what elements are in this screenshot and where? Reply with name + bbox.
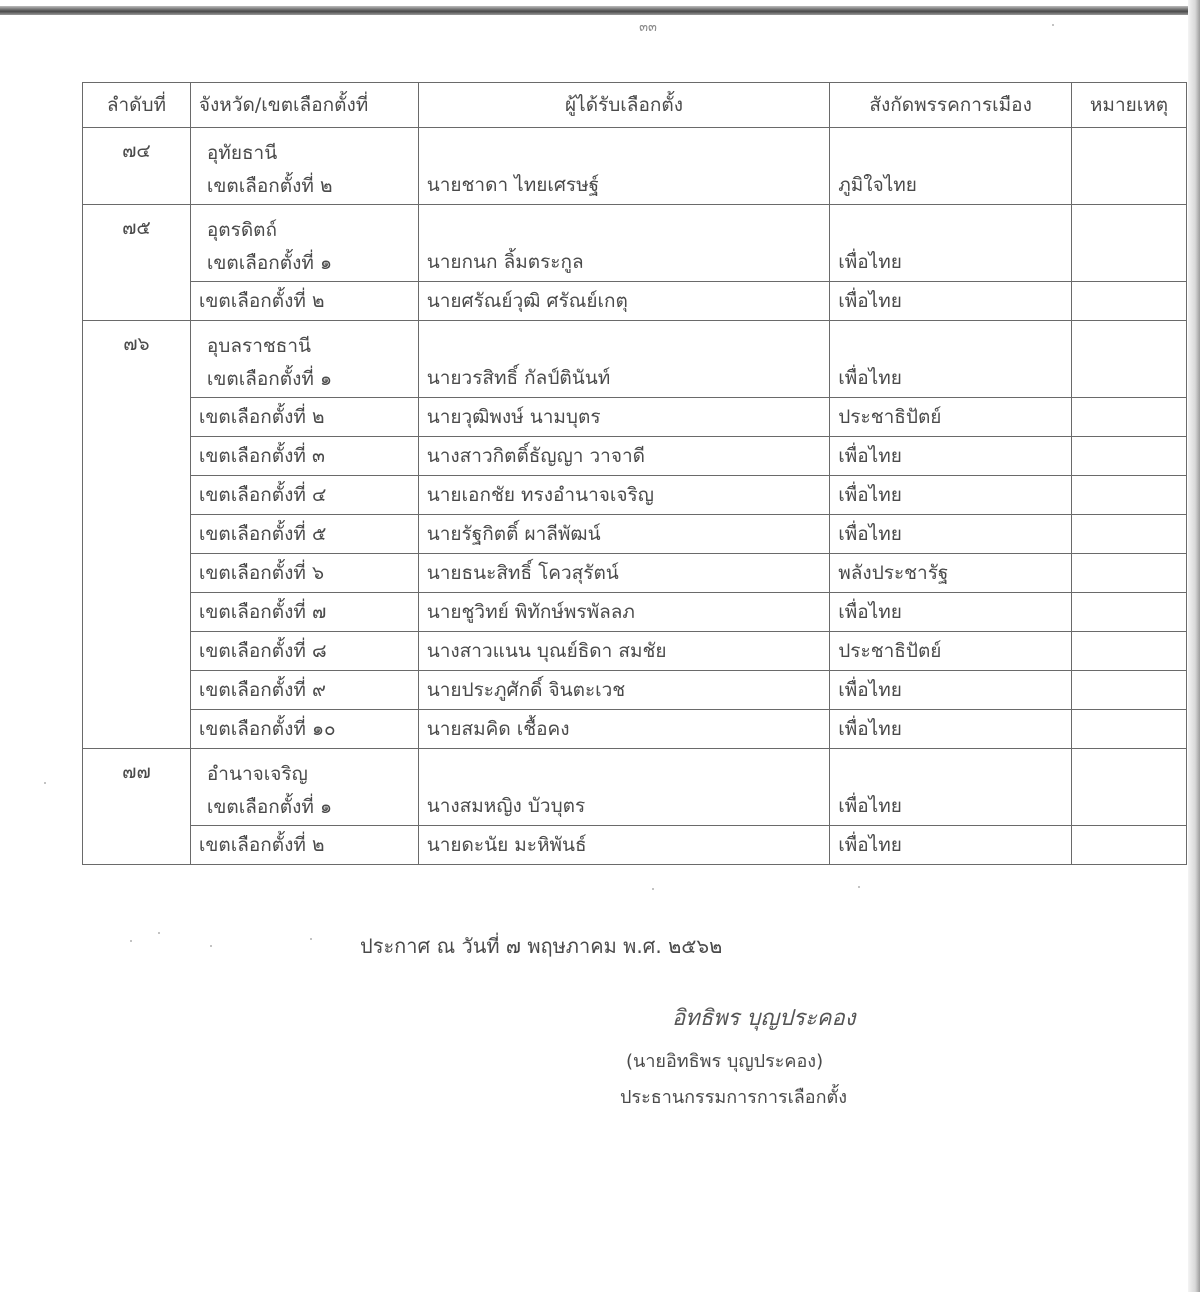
elected-name: นางสมหญิง บัวบุตร: [418, 749, 830, 826]
note-cell: [1072, 205, 1187, 282]
table-row: เขตเลือกตั้งที่ ๕นายรัฐกิตติ์ ผาลีพัฒน์เ…: [83, 515, 1187, 554]
party-name: เพื่อไทย: [830, 671, 1072, 710]
scan-speck: [1052, 24, 1054, 26]
note-cell: [1072, 749, 1187, 826]
header-note: หมายเหตุ: [1072, 83, 1187, 128]
table-row: ๗๕อุตรดิตถ์เขตเลือกตั้งที่ ๑นายกนก ลิ้มต…: [83, 205, 1187, 282]
order-number: ๗๖: [83, 321, 191, 749]
note-cell: [1072, 593, 1187, 632]
table-row: เขตเลือกตั้งที่ ๒นายดะนัย มะหิพันธ์เพื่อ…: [83, 826, 1187, 865]
elected-name: นายธนะสิทธิ์ โควสุรัตน์: [418, 554, 830, 593]
header-order: ลำดับที่: [83, 83, 191, 128]
district-name: เขตเลือกตั้งที่ ๔: [190, 476, 418, 515]
note-cell: [1072, 321, 1187, 398]
elected-name: นายรัฐกิตติ์ ผาลีพัฒน์: [418, 515, 830, 554]
header-elected: ผู้ได้รับเลือกตั้ง: [418, 83, 830, 128]
party-name: ประชาธิปัตย์: [830, 398, 1072, 437]
table-row: เขตเลือกตั้งที่ ๙นายประภูศักดิ์ จินตะเวช…: [83, 671, 1187, 710]
table-row: ๗๗อำนาจเจริญเขตเลือกตั้งที่ ๑นางสมหญิง บ…: [83, 749, 1187, 826]
table-row: เขตเลือกตั้งที่ ๘นางสาวแนน บุณย์ธิดา สมช…: [83, 632, 1187, 671]
party-name: เพื่อไทย: [830, 749, 1072, 826]
note-cell: [1072, 128, 1187, 205]
province-name: อำนาจเจริญ: [199, 753, 410, 789]
district-name: เขตเลือกตั้งที่ ๓: [190, 437, 418, 476]
signature: อิทธิพร บุญประคอง: [672, 1000, 855, 1035]
page-number: ๓๓: [0, 16, 1200, 37]
district-name: เขตเลือกตั้งที่ ๑: [199, 789, 410, 825]
note-cell: [1072, 398, 1187, 437]
table-row: เขตเลือกตั้งที่ ๑๐นายสมคิด เชื้อคงเพื่อไ…: [83, 710, 1187, 749]
party-name: พลังประชารัฐ: [830, 554, 1072, 593]
district-name: เขตเลือกตั้งที่ ๑๐: [190, 710, 418, 749]
elected-name: นายดะนัย มะหิพันธ์: [418, 826, 830, 865]
district-name: เขตเลือกตั้งที่ ๒: [190, 398, 418, 437]
order-number: ๗๕: [83, 205, 191, 321]
party-name: ประชาธิปัตย์: [830, 632, 1072, 671]
scan-speck: [858, 886, 860, 888]
party-name: ภูมิใจไทย: [830, 128, 1072, 205]
district-name: เขตเลือกตั้งที่ ๒: [190, 826, 418, 865]
table-row: เขตเลือกตั้งที่ ๓นางสาวกิตติ์ธัญญา วาจาด…: [83, 437, 1187, 476]
scan-speck: [210, 945, 212, 947]
province-district-cell: อำนาจเจริญเขตเลือกตั้งที่ ๑: [190, 749, 418, 826]
scan-speck: [652, 888, 654, 890]
elected-name: นายศรัณย์วุฒิ ศรัณย์เกตุ: [418, 282, 830, 321]
scan-speck: [44, 782, 46, 784]
scan-speck: [310, 938, 312, 940]
note-cell: [1072, 282, 1187, 321]
district-name: เขตเลือกตั้งที่ ๑: [199, 361, 410, 397]
province-district-cell: อุบลราชธานีเขตเลือกตั้งที่ ๑: [190, 321, 418, 398]
elected-name: นายวรสิทธิ์ กัลป์ตินันท์: [418, 321, 830, 398]
order-number: ๗๗: [83, 749, 191, 865]
announcement-date: ประกาศ ณ วันที่ ๗ พฤษภาคม พ.ศ. ๒๕๖๒: [360, 930, 722, 962]
district-name: เขตเลือกตั้งที่ ๗: [190, 593, 418, 632]
table-body: ๗๔อุทัยธานีเขตเลือกตั้งที่ ๒นายชาดา ไทยเ…: [83, 128, 1187, 865]
scan-top-edge: [0, 6, 1190, 15]
party-name: เพื่อไทย: [830, 593, 1072, 632]
table-header-row: ลำดับที่ จังหวัด/เขตเลือกตั้งที่ ผู้ได้ร…: [83, 83, 1187, 128]
note-cell: [1072, 437, 1187, 476]
party-name: เพื่อไทย: [830, 515, 1072, 554]
party-name: เพื่อไทย: [830, 476, 1072, 515]
province-name: อุตรดิตถ์: [199, 209, 410, 245]
order-number: ๗๔: [83, 128, 191, 205]
elected-name: นางสาวแนน บุณย์ธิดา สมชัย: [418, 632, 830, 671]
header-province-district: จังหวัด/เขตเลือกตั้งที่: [190, 83, 418, 128]
table-row: เขตเลือกตั้งที่ ๒นายวุฒิพงษ์ นามบุตรประช…: [83, 398, 1187, 437]
table-row: เขตเลือกตั้งที่ ๔นายเอกชัย ทรงอำนาจเจริญ…: [83, 476, 1187, 515]
scan-speck: [130, 940, 132, 942]
elected-name: นางสาวกิตติ์ธัญญา วาจาดี: [418, 437, 830, 476]
province-name: อุทัยธานี: [199, 132, 410, 168]
table-row: ๗๖อุบลราชธานีเขตเลือกตั้งที่ ๑นายวรสิทธิ…: [83, 321, 1187, 398]
party-name: เพื่อไทย: [830, 205, 1072, 282]
note-cell: [1072, 476, 1187, 515]
elected-name: นายประภูศักดิ์ จินตะเวช: [418, 671, 830, 710]
table-row: เขตเลือกตั้งที่ ๖นายธนะสิทธิ์ โควสุรัตน์…: [83, 554, 1187, 593]
elected-name: นายสมคิด เชื้อคง: [418, 710, 830, 749]
note-cell: [1072, 826, 1187, 865]
scan-speck: [158, 932, 160, 934]
note-cell: [1072, 554, 1187, 593]
elected-name: นายชูวิทย์ พิทักษ์พรพัลลภ: [418, 593, 830, 632]
note-cell: [1072, 671, 1187, 710]
table-row: เขตเลือกตั้งที่ ๗นายชูวิทย์ พิทักษ์พรพัล…: [83, 593, 1187, 632]
election-results-table: ลำดับที่ จังหวัด/เขตเลือกตั้งที่ ผู้ได้ร…: [82, 82, 1187, 865]
province-district-cell: อุทัยธานีเขตเลือกตั้งที่ ๒: [190, 128, 418, 205]
district-name: เขตเลือกตั้งที่ ๒: [199, 168, 410, 204]
signer-name: (นายอิทธิพร บุญประคอง): [626, 1046, 823, 1075]
table-row: ๗๔อุทัยธานีเขตเลือกตั้งที่ ๒นายชาดา ไทยเ…: [83, 128, 1187, 205]
party-name: เพื่อไทย: [830, 282, 1072, 321]
note-cell: [1072, 632, 1187, 671]
signer-title: ประธานกรรมการการเลือกตั้ง: [620, 1082, 847, 1111]
province-name: อุบลราชธานี: [199, 325, 410, 361]
district-name: เขตเลือกตั้งที่ ๖: [190, 554, 418, 593]
scan-right-edge: [1188, 0, 1200, 1292]
note-cell: [1072, 515, 1187, 554]
district-name: เขตเลือกตั้งที่ ๑: [199, 245, 410, 281]
district-name: เขตเลือกตั้งที่ ๒: [190, 282, 418, 321]
elected-name: นายเอกชัย ทรงอำนาจเจริญ: [418, 476, 830, 515]
party-name: เพื่อไทย: [830, 710, 1072, 749]
party-name: เพื่อไทย: [830, 826, 1072, 865]
province-district-cell: อุตรดิตถ์เขตเลือกตั้งที่ ๑: [190, 205, 418, 282]
elected-name: นายชาดา ไทยเศรษฐ์: [418, 128, 830, 205]
party-name: เพื่อไทย: [830, 321, 1072, 398]
district-name: เขตเลือกตั้งที่ ๕: [190, 515, 418, 554]
note-cell: [1072, 710, 1187, 749]
elected-name: นายกนก ลิ้มตระกูล: [418, 205, 830, 282]
elected-name: นายวุฒิพงษ์ นามบุตร: [418, 398, 830, 437]
district-name: เขตเลือกตั้งที่ ๘: [190, 632, 418, 671]
header-party: สังกัดพรรคการเมือง: [830, 83, 1072, 128]
party-name: เพื่อไทย: [830, 437, 1072, 476]
table-row: เขตเลือกตั้งที่ ๒นายศรัณย์วุฒิ ศรัณย์เกต…: [83, 282, 1187, 321]
district-name: เขตเลือกตั้งที่ ๙: [190, 671, 418, 710]
